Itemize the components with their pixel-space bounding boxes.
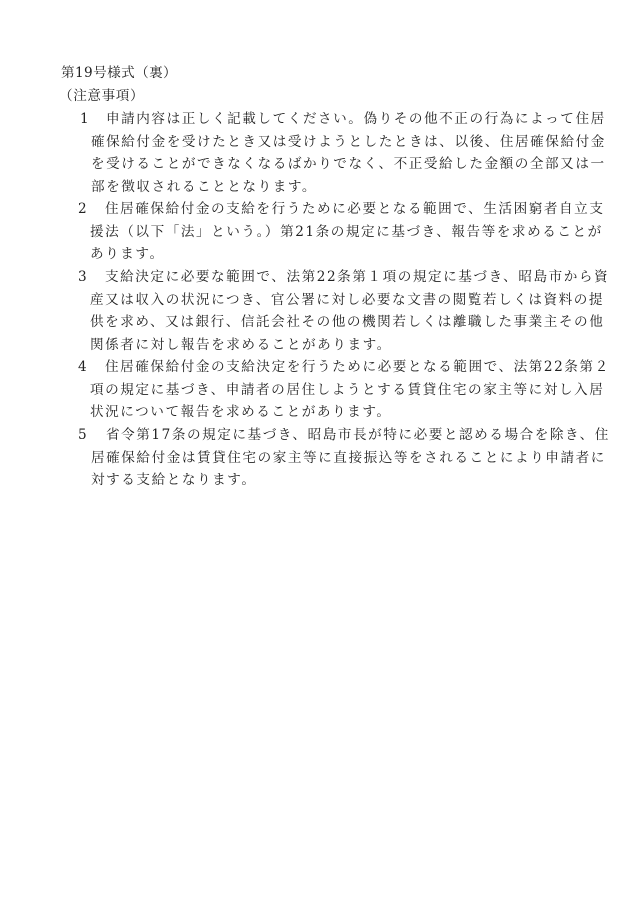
- item-line: 省令第17条の規定に基づき、昭島市長が特に必要と認める場合を除き、住: [91, 424, 561, 447]
- item-line: 支給決定に必要な範囲で、法第22条第１項の規定に基づき、昭島市から資: [90, 266, 560, 289]
- item-number: 1: [80, 108, 89, 130]
- item-line: 関係者に対し報告を求めることがあります。: [90, 334, 560, 357]
- item-line: 住居確保給付金の支給決定を行うために必要となる範囲で、法第22条第２: [90, 356, 560, 379]
- item-line: 確保給付金を受けたとき又は受けようとしたときは、以後、住居確保給付金: [91, 131, 561, 154]
- item-line: 部を徴収されることとなります。: [91, 176, 561, 199]
- item-line: 申請内容は正しく記載してください。偽りその他不正の行為によって住居: [91, 108, 561, 131]
- notice-heading: （注意事項）: [59, 85, 144, 107]
- item-line: あります。: [90, 243, 560, 266]
- item-line: 供を求め、又は銀行、信託会社その他の機関若しくは離職した事業主その他: [90, 311, 560, 334]
- item-number: 5: [78, 424, 87, 446]
- item-line: 援法（以下「法」という。）第21条の規定に基づき、報告等を求めることが: [90, 221, 560, 244]
- item-line: を受けることができなくなるばかりでなく、不正受給した金額の全部又は一: [91, 153, 561, 176]
- item-number: 2: [78, 198, 87, 220]
- item-line: 状況について報告を求めることがあります。: [90, 401, 560, 424]
- item-number: 4: [78, 356, 87, 378]
- form-title: 第19号様式（裏）: [61, 62, 177, 84]
- item-number: 3: [78, 266, 87, 288]
- item-line: 対する支給となります。: [91, 469, 561, 492]
- item-line: 住居確保給付金の支給を行うために必要となる範囲で、生活困窮者自立支: [90, 198, 560, 221]
- item-text: 省令第17条の規定に基づき、昭島市長が特に必要と認める場合を除き、住 居確保給付…: [91, 424, 561, 492]
- document-page: 第19号様式（裏） （注意事項） 1 申請内容は正しく記載してください。偽りその…: [0, 0, 630, 903]
- item-line: 項の規定に基づき、申請者の居住しようとする賃貸住宅の家主等に対し入居: [90, 379, 560, 402]
- item-text: 住居確保給付金の支給決定を行うために必要となる範囲で、法第22条第２ 項の規定に…: [90, 356, 560, 424]
- item-line: 産又は収入の状況につき、官公署に対し必要な文書の閲覧若しくは資料の提: [90, 289, 560, 312]
- item-text: 申請内容は正しく記載してください。偽りその他不正の行為によって住居 確保給付金を…: [91, 108, 561, 198]
- item-line: 居確保給付金は賃貸住宅の家主等に直接振込等をされることにより申請者に: [91, 447, 561, 470]
- item-text: 支給決定に必要な範囲で、法第22条第１項の規定に基づき、昭島市から資 産又は収入…: [90, 266, 560, 356]
- item-text: 住居確保給付金の支給を行うために必要となる範囲で、生活困窮者自立支 援法（以下「…: [90, 198, 560, 266]
